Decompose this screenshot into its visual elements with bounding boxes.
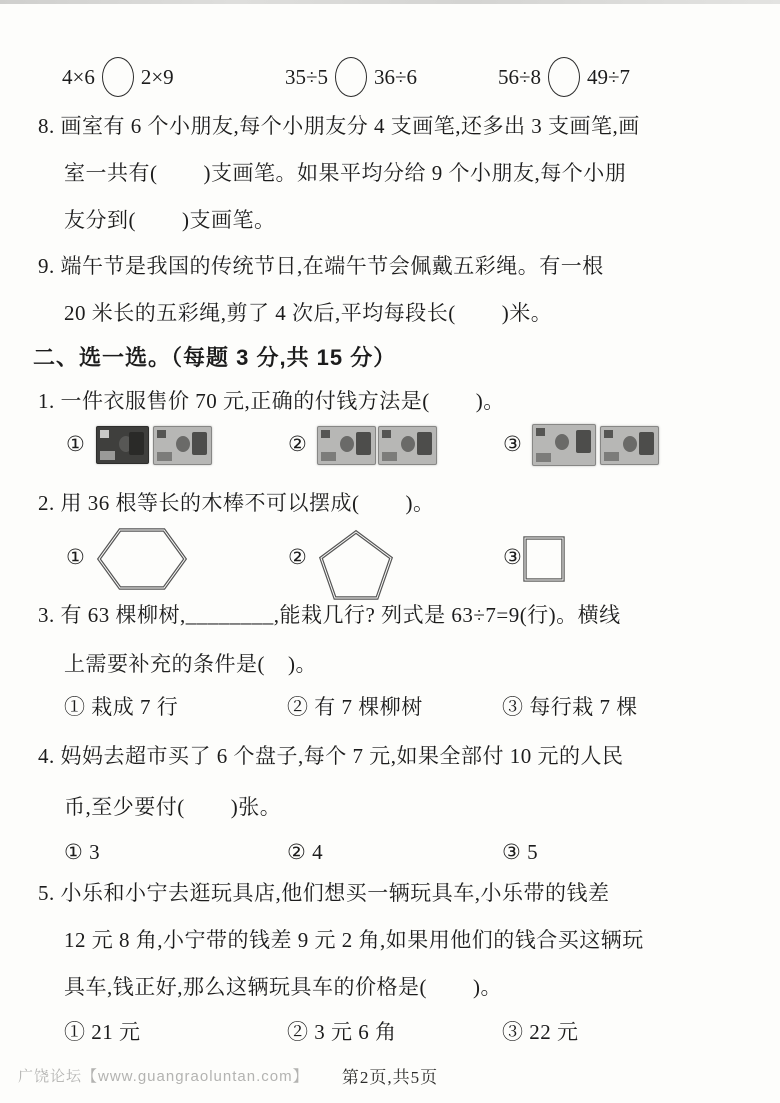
- choice-4-line-1: 4. 妈妈去超市买了 6 个盘子,每个 7 元,如果全部付 10 元的人民: [38, 742, 624, 770]
- hexagon-shape-image: [96, 527, 188, 591]
- choice-2-option-3-marker: ③: [503, 545, 522, 570]
- choice-3-option-3: ③ 每行栽 7 棵: [502, 693, 638, 721]
- worksheet-page: 4×62×9 35÷536÷6 56÷849÷7 8. 画室有 6 个小朋友,每…: [0, 0, 780, 1103]
- choice-1-option-2-marker: ②: [288, 432, 307, 457]
- comparison-item-3: 56÷849÷7: [498, 57, 630, 97]
- choice-4-option-2: ② 4: [287, 838, 323, 866]
- banknote-image: [96, 426, 149, 464]
- choice-4-option-1: ① 3: [64, 838, 100, 866]
- question-9-line-1: 9. 端午节是我国的传统节日,在端午节会佩戴五彩绳。有一根: [38, 252, 604, 280]
- choice-3-line-2: 上需要补充的条件是( )。: [64, 650, 317, 678]
- comparison-left: 4×6: [62, 65, 95, 89]
- comparison-left: 35÷5: [285, 65, 328, 89]
- page-number: 第2页,共5页: [0, 1063, 780, 1088]
- comparison-right: 2×9: [141, 65, 174, 89]
- choice-3-option-2: ② 有 7 棵柳树: [287, 693, 423, 721]
- comparison-left: 56÷8: [498, 65, 541, 89]
- comparison-circle-blank: [335, 57, 367, 97]
- square-shape-image: [522, 535, 566, 583]
- comparison-item-1: 4×62×9: [62, 57, 174, 97]
- comparison-right: 49÷7: [587, 65, 630, 89]
- comparison-circle-blank: [102, 57, 134, 97]
- choice-3-line-1: 3. 有 63 棵柳树,________,能栽几行? 列式是 63÷7=9(行)…: [38, 601, 621, 629]
- choice-5-option-2: ② 3 元 6 角: [287, 1018, 397, 1046]
- choice-5-line-1: 5. 小乐和小宁去逛玩具店,他们想买一辆玩具车,小乐带的钱差: [38, 879, 610, 907]
- choice-5-option-3: ③ 22 元: [502, 1018, 579, 1046]
- choice-3-option-1: ① 栽成 7 行: [64, 693, 178, 721]
- question-8-line-2: 室一共有( )支画笔。如果平均分给 9 个小朋友,每个小朋: [64, 159, 626, 187]
- question-9-line-2: 20 米长的五彩绳,剪了 4 次后,平均每段长( )米。: [64, 299, 552, 327]
- choice-1-option-3-marker: ③: [503, 432, 522, 457]
- section-2-heading: 二、选一选。（每题 3 分,共 15 分）: [33, 341, 396, 372]
- choice-1-option-1-marker: ①: [66, 432, 85, 457]
- pentagon-shape-image: [318, 529, 394, 601]
- choice-4-line-2: 币,至少要付( )张。: [64, 793, 281, 821]
- choice-5-line-3: 具车,钱正好,那么这辆玩具车的价格是( )。: [64, 973, 502, 1001]
- comparison-circle-blank: [548, 57, 580, 97]
- question-8-line-1: 8. 画室有 6 个小朋友,每个小朋友分 4 支画笔,还多出 3 支画笔,画: [38, 112, 640, 140]
- banknote-image: [153, 426, 212, 465]
- comparison-item-2: 35÷536÷6: [285, 57, 417, 97]
- choice-2-option-1-marker: ①: [66, 545, 85, 570]
- choice-2-option-2-marker: ②: [288, 545, 307, 570]
- banknote-image: [532, 424, 596, 466]
- question-8-line-3: 友分到( )支画笔。: [64, 206, 276, 234]
- comparison-right: 36÷6: [374, 65, 417, 89]
- banknote-image: [378, 426, 437, 465]
- choice-4-option-3: ③ 5: [502, 838, 538, 866]
- choice-2-text: 2. 用 36 根等长的木棒不可以摆成( )。: [38, 489, 435, 517]
- scan-edge-artifact: [0, 0, 780, 4]
- banknote-image: [317, 426, 376, 465]
- choice-5-line-2: 12 元 8 角,小宁带的钱差 9 元 2 角,如果用他们的钱合买这辆玩: [64, 926, 644, 954]
- choice-1-text: 1. 一件衣服售价 70 元,正确的付钱方法是( )。: [38, 387, 505, 415]
- choice-5-option-1: ① 21 元: [64, 1018, 141, 1046]
- banknote-image: [600, 426, 659, 465]
